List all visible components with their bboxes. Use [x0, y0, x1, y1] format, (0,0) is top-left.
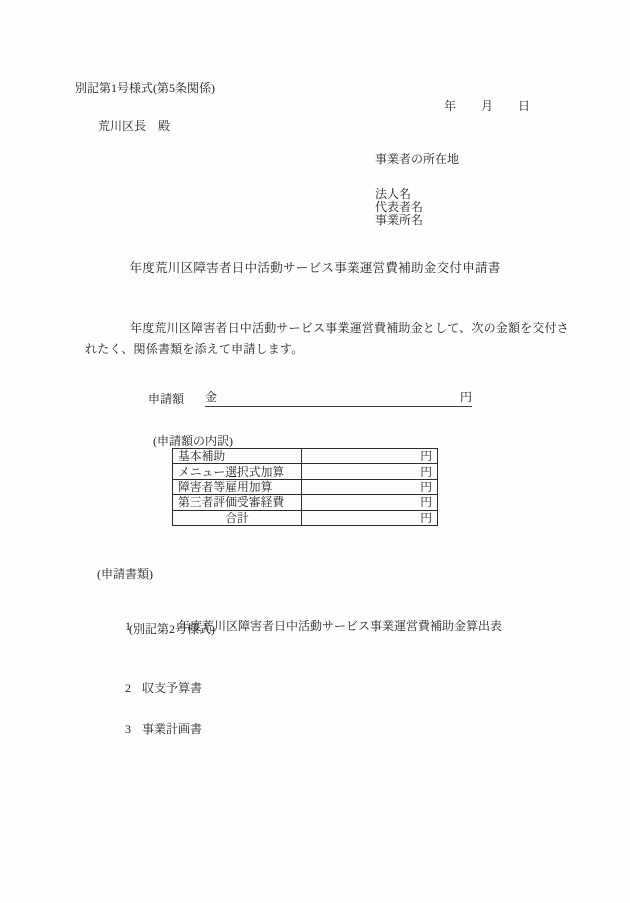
breakdown-item: 基本補助 — [173, 449, 302, 464]
sender-address-label: 事業者の所在地 — [375, 152, 459, 167]
breakdown-total-label: 合計 — [173, 510, 302, 525]
breakdown-unit: 円 — [302, 449, 438, 464]
breakdown-total-row: 合計 円 — [173, 510, 438, 525]
breakdown-unit: 円 — [302, 479, 438, 494]
document-item-text: 収支予算書 — [142, 681, 202, 695]
body-text-line2: れたく、関係書類を添えて申請します。 — [85, 342, 303, 357]
document-item-1-note: (別記第2号様式) — [129, 622, 215, 637]
amount-blank-field: 金 円 — [205, 390, 472, 407]
document-title: 年度荒川区障害者日中活動サービス事業運営費補助金交付申請書 — [0, 261, 630, 277]
breakdown-label: (申請額の内訳) — [153, 434, 233, 449]
application-form-page: 別記第1号様式(第5条関係) 年 月 日 荒川区長 殿 事業者の所在地 法人名 … — [0, 0, 630, 903]
breakdown-item: メニュー選択式加算 — [173, 464, 302, 479]
document-item-2: 2収支予算書 — [113, 666, 202, 711]
breakdown-row: 障害者等雇用加算 円 — [173, 479, 438, 494]
breakdown-row: メニュー選択式加算 円 — [173, 464, 438, 479]
breakdown-item: 第三者評価受審経費 — [173, 495, 302, 510]
document-item-text: 年度荒川区障害者日中活動サービス事業運営費補助金算出表 — [178, 619, 502, 633]
sender-office-label: 事業所名 — [375, 213, 423, 228]
date-year-label: 年 — [444, 99, 456, 114]
breakdown-item: 障害者等雇用加算 — [173, 479, 302, 494]
document-item-number: 2 — [125, 681, 142, 696]
form-number: 別記第1号様式(第5条関係) — [75, 81, 215, 96]
amount-label: 申請額 — [148, 392, 184, 407]
breakdown-unit: 円 — [302, 464, 438, 479]
body-text-line1: 年度荒川区障害者日中活動サービス事業運営費補助金として、次の金額を交付さ — [130, 321, 569, 336]
amount-prefix: 金 — [205, 390, 217, 405]
breakdown-table: 基本補助 円 メニュー選択式加算 円 障害者等雇用加算 円 第三者評価受審経費 … — [172, 448, 438, 526]
document-item-number: 3 — [125, 722, 142, 737]
date-day-label: 日 — [518, 99, 530, 114]
addressee: 荒川区長 殿 — [98, 119, 170, 134]
document-item-3: 3事業計画書 — [113, 707, 202, 752]
date-month-label: 月 — [481, 99, 493, 114]
breakdown-total-unit: 円 — [302, 510, 438, 525]
date-line: 年 月 日 — [444, 99, 530, 114]
document-item-text: 事業計画書 — [142, 722, 202, 736]
breakdown-row: 基本補助 円 — [173, 449, 438, 464]
breakdown-row: 第三者評価受審経費 円 — [173, 495, 438, 510]
documents-label: (申請書類) — [97, 567, 153, 582]
amount-unit: 円 — [460, 390, 472, 405]
breakdown-unit: 円 — [302, 495, 438, 510]
